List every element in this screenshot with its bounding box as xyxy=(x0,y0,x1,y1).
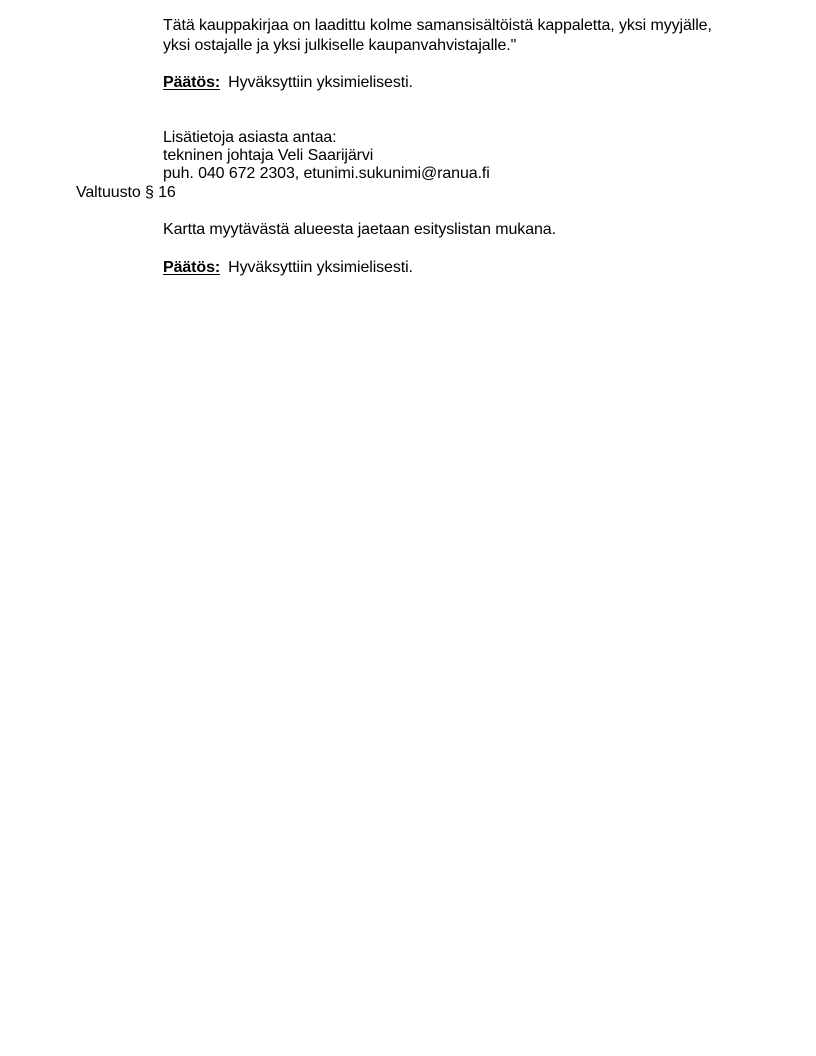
contact-intro: Lisätietoja asiasta antaa: xyxy=(163,129,337,147)
decision-1: Päätös:Hyväksyttiin yksimielisesti. xyxy=(163,74,413,92)
contact-person: tekninen johtaja Veli Saarijärvi xyxy=(163,147,373,165)
decision-label: Päätös: xyxy=(163,259,220,276)
decision-text: Hyväksyttiin yksimielisesti. xyxy=(228,259,413,276)
decision-text: Hyväksyttiin yksimielisesti. xyxy=(228,74,413,91)
decision-label: Päätös: xyxy=(163,74,220,91)
decision-2: Päätös:Hyväksyttiin yksimielisesti. xyxy=(163,259,413,277)
closing-paragraph-line-2: yksi ostajalle ja yksi julkiselle kaupan… xyxy=(163,37,516,55)
section-reference: Valtuusto § 16 xyxy=(76,184,176,202)
map-note: Kartta myytävästä alueesta jaetaan esity… xyxy=(163,221,556,239)
contact-phone-email: puh. 040 672 2303, etunimi.sukunimi@ranu… xyxy=(163,165,490,183)
closing-paragraph-line-1: Tätä kauppakirjaa on laadittu kolme sama… xyxy=(163,17,712,35)
